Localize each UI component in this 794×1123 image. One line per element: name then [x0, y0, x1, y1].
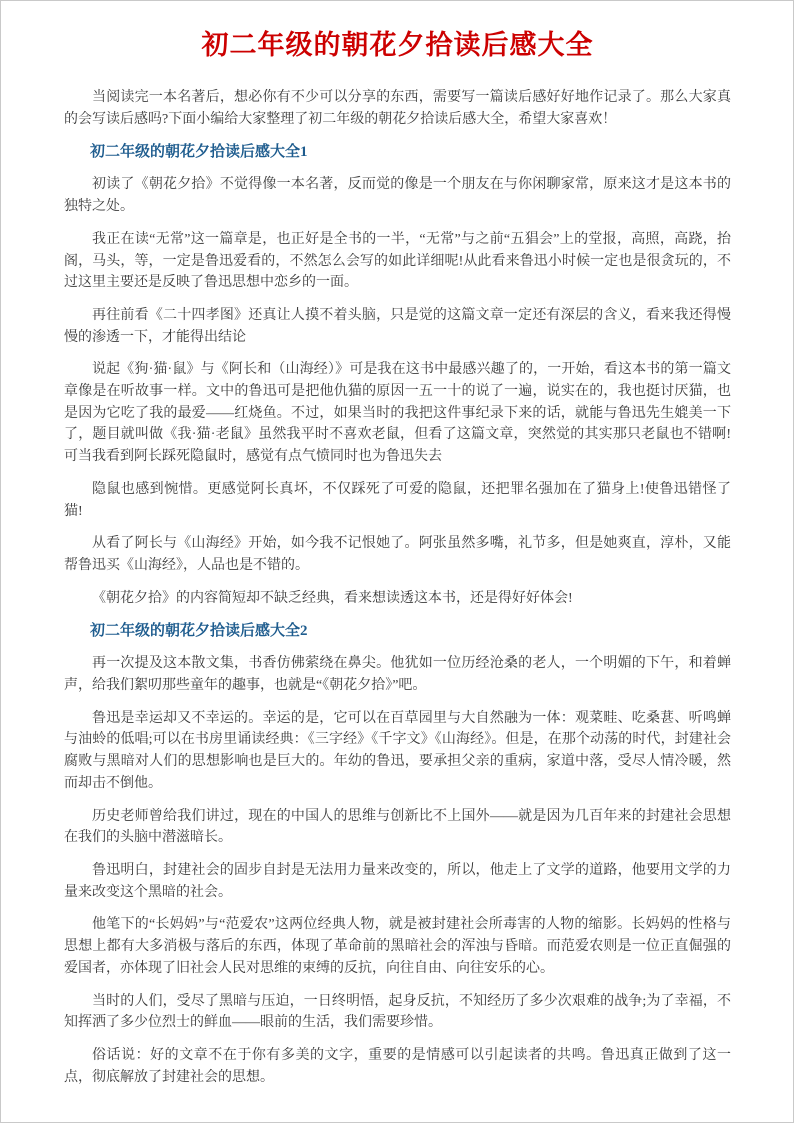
- section-1-paragraph: 初读了《朝花夕拾》不觉得像一本名著，反而觉的像是一个朋友在与你闲聊家常，原来这才…: [64, 174, 731, 217]
- document-page: 初二年级的朝花夕拾读后感大全 当阅读完一本名著后，想必你有不少可以分享的东西，需…: [0, 0, 794, 1123]
- section-1-paragraph: 说起《狗·猫·鼠》与《阿长和（山海经）》可是我在这书中最感兴趣了的，一开始，看这…: [64, 359, 731, 468]
- section-1-paragraph: 隐鼠也感到惋惜。更感觉阿长真坏，不仅踩死了可爱的隐鼠，还把罪名强加在了猫身上!使…: [64, 479, 731, 522]
- section-1-paragraph: 从看了阿长与《山海经》开始，如今我不记恨她了。阿张虽然多嘴，礼节多，但是她爽直，…: [64, 533, 731, 576]
- section-1-paragraph: 我正在读“无常”这一篇章是，也正好是全书的一半，“无常”与之前“五猖会”上的堂报…: [64, 229, 731, 294]
- section-2-paragraph: 当时的人们，受尽了黑暗与压迫，一日终明悟，起身反抗，不知经历了多少次艰难的战争;…: [64, 991, 731, 1034]
- section-2-paragraph: 他笔下的“长妈妈”与“范爱农”这两位经典人物，就是被封建社会所毒害的人物的缩影。…: [64, 914, 731, 979]
- section-2-paragraph: 鲁迅是幸运却又不幸运的。幸运的是，它可以在百草园里与大自然融为一体：观菜畦、吃桑…: [64, 708, 731, 795]
- section-2-paragraph: 再一次提及这本散文集，书香仿佛萦绕在鼻尖。他犹如一位历经沧桑的老人，一个明媚的下…: [64, 653, 731, 696]
- section-2-paragraph: 历史老师曾给我们讲过，现在的中国人的思维与创新比不上国外——就是因为几百年来的封…: [64, 806, 731, 849]
- section-2-paragraph: 鲁迅明白，封建社会的固步自封是无法用力量来改变的，所以，他走上了文学的道路，他要…: [64, 860, 731, 903]
- section-2-paragraph: 俗话说：好的文章不在于你有多美的文字，重要的是情感可以引起读者的共鸣。鲁迅真正做…: [64, 1045, 731, 1088]
- intro-paragraph: 当阅读完一本名著后，想必你有不少可以分享的东西，需要写一篇读后感好好地作记录了。…: [64, 87, 731, 130]
- section-1-paragraph: 再往前看《二十四孝图》还真让人摸不着头脑，只是觉的这篇文章一定还有深层的含义，看…: [64, 305, 731, 348]
- document-title: 初二年级的朝花夕拾读后感大全: [64, 27, 731, 63]
- section-1-paragraph: 《朝花夕拾》的内容简短却不缺乏经典，看来想读透这本书，还是得好好体会!: [64, 588, 731, 610]
- section-1-heading: 初二年级的朝花夕拾读后感大全1: [64, 141, 731, 163]
- section-2-heading: 初二年级的朝花夕拾读后感大全2: [64, 620, 731, 642]
